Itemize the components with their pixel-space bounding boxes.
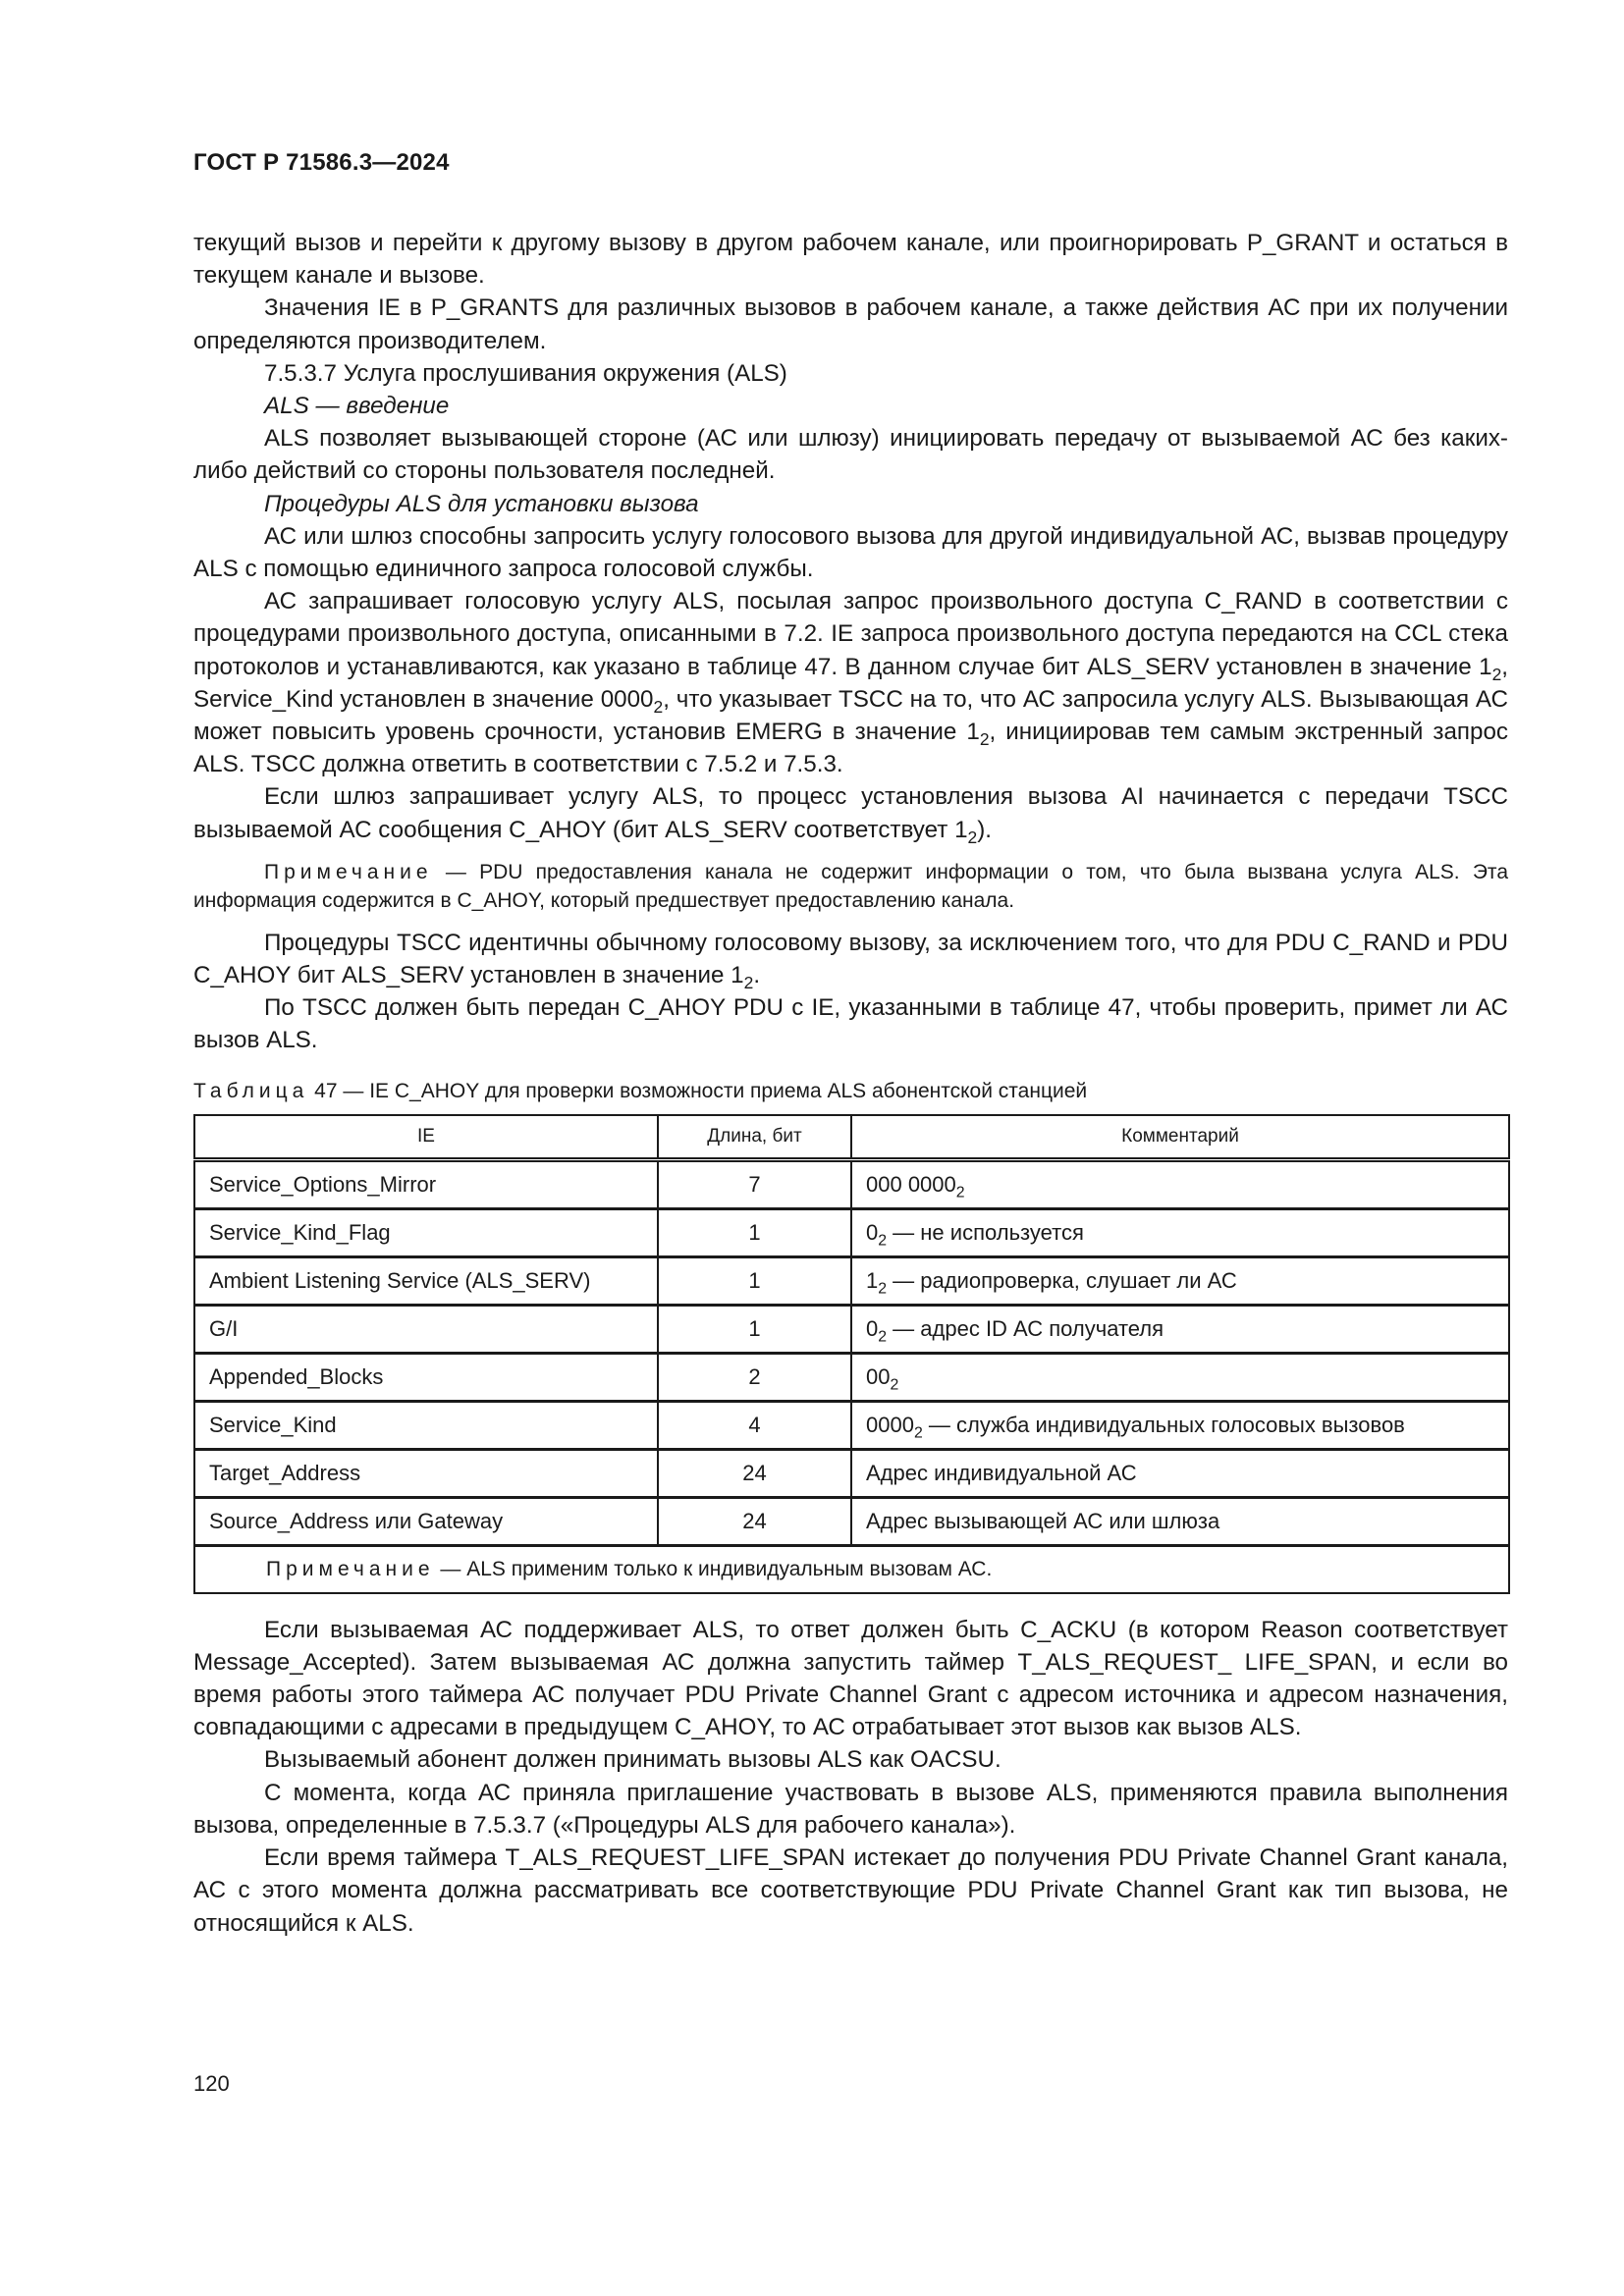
page-number: 120 [193, 2071, 230, 2097]
table-row: Source_Address или Gateway24Адрес вызыва… [194, 1497, 1509, 1545]
cell-length: 1 [658, 1208, 851, 1256]
cell-ie: Service_Kind [194, 1401, 658, 1449]
cell-ie: Service_Options_Mirror [194, 1159, 658, 1208]
paragraph: Вызываемый абонент должен принимать вызо… [193, 1743, 1508, 1776]
table-note-label: Примечание [266, 1558, 435, 1580]
table-body: Service_Options_Mirror7000 00002Service_… [194, 1159, 1509, 1545]
column-header-comment: Комментарий [851, 1115, 1509, 1160]
cell-length: 1 [658, 1305, 851, 1353]
cell-ie: G/I [194, 1305, 658, 1353]
note-paragraph: Примечание — PDU предоставления канала н… [193, 858, 1508, 915]
cell-ie: Ambient Listening Service (ALS_SERV) [194, 1256, 658, 1305]
table-47: IE Длина, бит Комментарий Service_Option… [193, 1114, 1510, 1594]
table-header-row: IE Длина, бит Комментарий [194, 1115, 1509, 1160]
cell-comment: 002 [851, 1353, 1509, 1401]
paragraph: Значения IE в P_GRANTS для различных выз… [193, 292, 1508, 356]
paragraph: Если вызываемая АС поддерживает ALS, то … [193, 1614, 1508, 1744]
paragraph: Процедуры ALS для установки вызова [193, 488, 1508, 520]
subscript: 2 [878, 1280, 887, 1297]
document-header: ГОСТ Р 71586.3—2024 [193, 149, 450, 177]
paragraph: 7.5.3.7 Услуга прослушивания окружения (… [193, 357, 1508, 390]
cell-comment: 02 — адрес ID АС получателя [851, 1305, 1509, 1353]
cell-comment: 00002 — служба индивидуальных голосовых … [851, 1401, 1509, 1449]
paragraph: ALS — введение [193, 390, 1508, 422]
paragraph: Если время таймера T_ALS_REQUEST_LIFE_SP… [193, 1842, 1508, 1940]
paragraph: Если шлюз запрашивает услугу ALS, то про… [193, 780, 1508, 845]
paragraphs-before-note: текущий вызов и перейти к другому вызову… [193, 227, 1508, 846]
subscript: 2 [1492, 665, 1502, 684]
table-note-text: — ALS применим только к индивидуальным в… [435, 1558, 993, 1580]
table-row: Ambient Listening Service (ALS_SERV)112 … [194, 1256, 1509, 1305]
subscript: 2 [654, 697, 664, 717]
subscript: 2 [914, 1424, 923, 1441]
table-row: G/I102 — адрес ID АС получателя [194, 1305, 1509, 1353]
paragraph: текущий вызов и перейти к другому вызову… [193, 227, 1508, 292]
table-row: Appended_Blocks2002 [194, 1353, 1509, 1401]
subscript: 2 [968, 828, 978, 847]
subscript: 2 [980, 729, 990, 749]
table-row: Service_Kind_Flag102 — не используется [194, 1208, 1509, 1256]
cell-length: 1 [658, 1256, 851, 1305]
paragraph: ALS позволяет вызывающей стороне (АС или… [193, 422, 1508, 487]
paragraphs-after-table: Если вызываемая АС поддерживает ALS, то … [193, 1614, 1508, 1940]
document-body: текущий вызов и перейти к другому вызову… [193, 227, 1508, 1940]
subscript: 2 [956, 1184, 965, 1201]
paragraph: АС запрашивает голосовую услугу ALS, пос… [193, 585, 1508, 780]
table-row: Service_Kind400002 — служба индивидуальн… [194, 1401, 1509, 1449]
subscript: 2 [744, 973, 754, 992]
paragraphs-before-table: Процедуры TSCC идентичны обычному голосо… [193, 927, 1508, 1057]
subscript: 2 [878, 1232, 887, 1249]
cell-comment: Адрес вызывающей АС или шлюза [851, 1497, 1509, 1545]
table-note: Примечание — ALS применим только к индив… [194, 1545, 1509, 1593]
cell-comment: 12 — радиопроверка, слушает ли АС [851, 1256, 1509, 1305]
cell-ie: Service_Kind_Flag [194, 1208, 658, 1256]
cell-ie: Appended_Blocks [194, 1353, 658, 1401]
paragraph: По TSCC должен быть передан C_AHOY PDU с… [193, 991, 1508, 1056]
table-caption: Таблица 47 — IE C_AHOY для проверки возм… [193, 1077, 1508, 1105]
table-caption-label: Таблица [193, 1080, 308, 1102]
note-label: Примечание [264, 861, 433, 883]
column-header-ie: IE [194, 1115, 658, 1160]
paragraph: АС или шлюз способны запросить услугу го… [193, 520, 1508, 585]
cell-ie: Source_Address или Gateway [194, 1497, 658, 1545]
cell-length: 24 [658, 1449, 851, 1497]
cell-length: 2 [658, 1353, 851, 1401]
cell-comment: 000 00002 [851, 1159, 1509, 1208]
subscript: 2 [878, 1328, 887, 1345]
cell-comment: 02 — не используется [851, 1208, 1509, 1256]
cell-comment: Адрес индивидуальной АС [851, 1449, 1509, 1497]
table-note-row: Примечание — ALS применим только к индив… [194, 1545, 1509, 1593]
paragraph: С момента, когда АС приняла приглашение … [193, 1777, 1508, 1842]
paragraph: Процедуры TSCC идентичны обычному голосо… [193, 927, 1508, 991]
subscript: 2 [890, 1376, 898, 1393]
column-header-length: Длина, бит [658, 1115, 851, 1160]
table-caption-text: 47 — IE C_AHOY для проверки возможности … [308, 1080, 1087, 1102]
cell-length: 24 [658, 1497, 851, 1545]
table-row: Service_Options_Mirror7000 00002 [194, 1159, 1509, 1208]
cell-ie: Target_Address [194, 1449, 658, 1497]
cell-length: 7 [658, 1159, 851, 1208]
table-row: Target_Address24Адрес индивидуальной АС [194, 1449, 1509, 1497]
cell-length: 4 [658, 1401, 851, 1449]
